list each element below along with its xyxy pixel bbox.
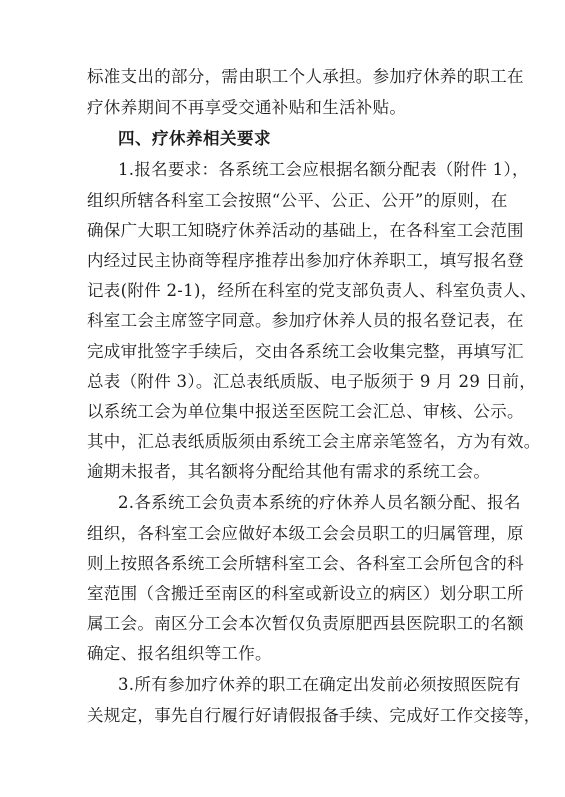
item1-line: 其中，汇总表纸质版须由系统工会主席亲笔签名，方为有效。 [87,432,487,452]
item1-line: 完成审批签字手续后，交由各系统工会收集完整，再填写汇 [87,342,487,362]
item1-line: 确保广大职工知晓疗休养活动的基础上，在各科室工会范围 [87,221,487,241]
body-text-line: 标准支出的部分，需由职工个人承担。参加疗休养的职工在 [87,67,487,87]
item2-line: 则上按照各系统工会所辖科室工会、各科室工会所包含的科 [87,554,487,574]
item1-line: 1.报名要求：各系统工会应根据名额分配表（附件 1）， [118,160,518,180]
item1-line: 内经过民主协商等程序推荐出参加疗休养职工，填写报名登 [87,251,487,271]
item3-line: 3.所有参加疗休养的职工在确定出发前必须按照医院有 [118,675,518,695]
section-heading: 四、疗休养相关要求 [118,129,518,149]
item1-line: 逾期未报者，其名额将分配给其他有需求的系统工会。 [87,462,487,482]
item2-line: 组织，各科室工会应做好本级工会会员职工的归属管理，原 [87,524,487,544]
body-text-line: 疗休养期间不再享受交通补贴和生活补贴。 [87,98,487,118]
item1-line: 组织所辖各科室工会按照“公平、公正、公开”的原则，在 [87,191,487,211]
item2-line: 2.各系统工会负责本系统的疗休养人员名额分配、报名 [118,493,518,513]
item2-line: 确定、报名组织等工作。 [87,644,487,664]
item2-line: 室范围（含搬迁至南区的科室或新设立的病区）划分职工所 [87,584,487,604]
document-page: 标准支出的部分，需由职工个人承担。参加疗休养的职工在 疗休养期间不再享受交通补贴… [0,0,565,797]
item1-line: 总表（附件 3）。汇总表纸质版、电子版须于 9 月 29 日前， [87,372,487,392]
item1-line: 记表(附件 2-1)，经所在科室的党支部负责人、科室负责人、 [87,281,487,301]
item1-line: 以系统工会为单位集中报送至医院工会汇总、审核、公示。 [87,402,487,422]
item2-line: 属工会。南区分工会本次暂仅负责原肥西县医院职工的名额 [87,614,487,634]
item3-line: 关规定，事先自行履行好请假报备手续、完成好工作交接等， [87,706,487,726]
item1-line: 科室工会主席签字同意。参加疗休养人员的报名登记表，在 [87,311,487,331]
